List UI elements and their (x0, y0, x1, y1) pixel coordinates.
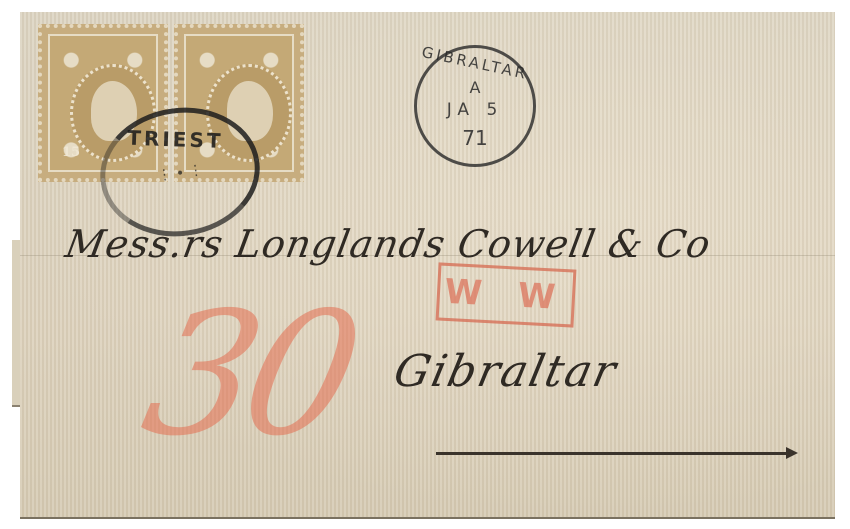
address-underline-arrow (436, 452, 788, 455)
gibraltar-datestamp: GIBRALTAR A JA 5 71 (414, 45, 536, 167)
datestamp-date: JA 5 (417, 100, 533, 120)
cancel-date-dots: ⋮ ∙ ⋮ (105, 155, 256, 192)
postage-due-marking: 30 (132, 290, 364, 460)
datestamp-code: A (417, 78, 533, 97)
cancel-town: TRIEST (100, 125, 251, 154)
address-destination: Gibraltar (390, 346, 623, 397)
stamp-denomination: 15 (62, 145, 80, 160)
address-addressee: Mess.rs Longlands Cowell & Co (62, 222, 714, 266)
datestamp-year: 71 (417, 126, 533, 150)
boxed-ww-handstamp: W W (436, 262, 577, 327)
